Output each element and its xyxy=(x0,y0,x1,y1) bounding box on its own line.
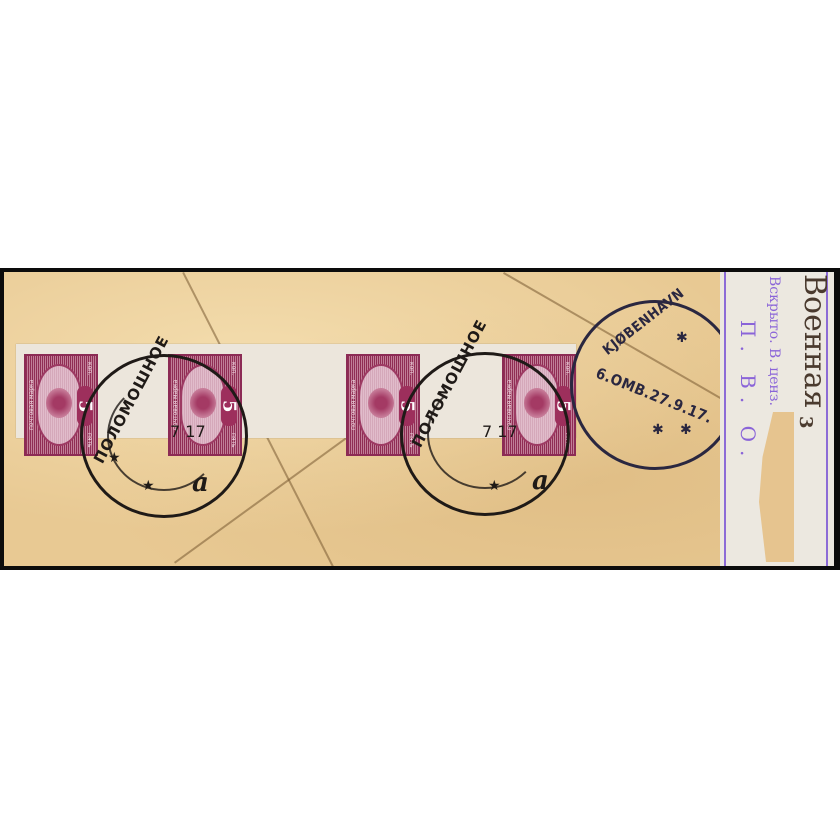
postmark-left-date: 7 17 xyxy=(170,422,206,441)
stamp-side-text: почтовая марка xyxy=(28,370,38,440)
star-icon: ★ xyxy=(488,478,501,494)
censor-number-mark: 3 xyxy=(795,416,816,429)
star-icon: ★ xyxy=(108,450,121,466)
censor-border xyxy=(724,272,726,566)
imperial-eagle-icon xyxy=(368,388,394,418)
star-icon: ★ xyxy=(142,478,155,494)
star-icon: ✱ xyxy=(680,422,692,438)
star-icon: ✱ xyxy=(652,422,664,438)
stamp-kop-label: коп. xyxy=(230,362,237,375)
envelope-fragment: почтовая марка коп. 5 пять почтовая марк… xyxy=(0,268,840,570)
postmark-left-letter: а xyxy=(192,468,209,498)
envelope-paper: почтовая марка коп. 5 пять почтовая марк… xyxy=(4,272,834,566)
postmark-middle-date: 7 17 xyxy=(482,422,518,441)
stamp-kop-label: коп. xyxy=(86,362,93,375)
stamp-kop-label: коп. xyxy=(408,362,415,375)
star-icon: ✱ xyxy=(676,330,688,346)
postmark-copenhagen xyxy=(570,300,740,470)
imperial-eagle-icon xyxy=(46,388,72,418)
stamp-side-text: почтовая марка xyxy=(350,370,360,440)
censor-office: П. В. О. xyxy=(736,320,760,464)
censor-title: Военная xyxy=(797,274,832,409)
postmark-middle-letter: а xyxy=(532,466,549,496)
censor-line: Вскрыто. В. ценз. xyxy=(766,276,782,406)
